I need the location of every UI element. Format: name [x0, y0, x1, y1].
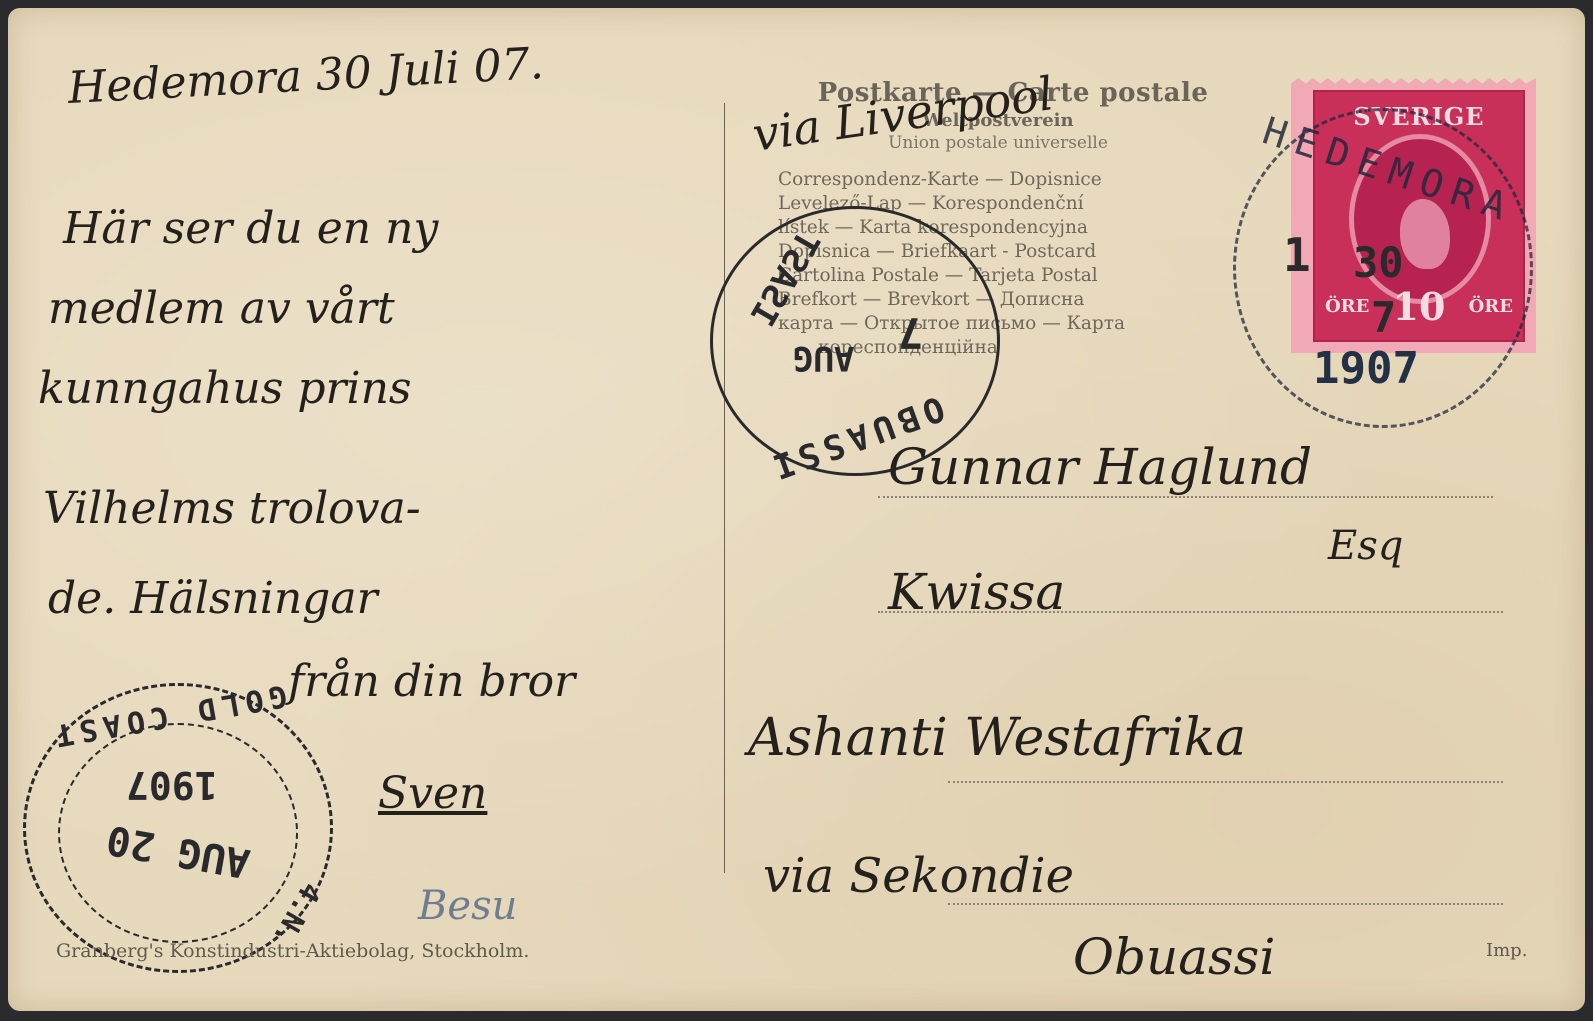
translation-line: Correspondenz-Karte — Dopisnice [778, 168, 1248, 192]
postmark-day: 7 [898, 308, 923, 357]
message-signature: Sven [378, 768, 487, 819]
postmark-arrival: GOLD COAST 1907 AUG 20 4.N. [8, 663, 348, 963]
postmark-month: 7 [1371, 293, 1396, 342]
address-via: via Sekondie [763, 848, 1074, 904]
postmark-year: 1907 [126, 763, 218, 807]
printer-imprint: Granberg's Konstindustri-Aktiebolag, Sto… [56, 940, 529, 962]
pencil-note: Besu [418, 883, 517, 929]
postmark-year: 1907 [1313, 343, 1419, 394]
postmark-slot: 1 [1283, 228, 1311, 282]
message-line: Här ser du en ny [63, 203, 438, 254]
address-destination: Obuassi [1073, 928, 1275, 986]
imp-label: Imp. [1486, 940, 1527, 961]
postcard: Postkarte — Carte postale Weltpostverein… [8, 8, 1585, 1011]
message-line: de. Hälsningar [48, 573, 378, 624]
message-line: från din bror [288, 656, 575, 707]
postmark-day: 30 [1353, 238, 1404, 287]
message-line: medlem av vårt [48, 283, 395, 334]
address-region: Ashanti Westafrika [748, 708, 1246, 768]
message-line: Vilhelms trolova- [43, 483, 421, 534]
message-date-line: Hedemora 30 Juli 07. [67, 38, 545, 114]
address-title: Esq [1328, 523, 1403, 569]
address-line-1 [878, 496, 1493, 498]
address-town: Kwissa [888, 563, 1065, 621]
postmark-origin: HEDEMORA 1 30 7 1907 [1203, 78, 1543, 438]
address-line-3 [948, 781, 1503, 783]
postmark-month: AUG [793, 338, 854, 378]
message-line: kunngahus prins [38, 363, 412, 414]
address-name: Gunnar Haglund [888, 438, 1312, 496]
